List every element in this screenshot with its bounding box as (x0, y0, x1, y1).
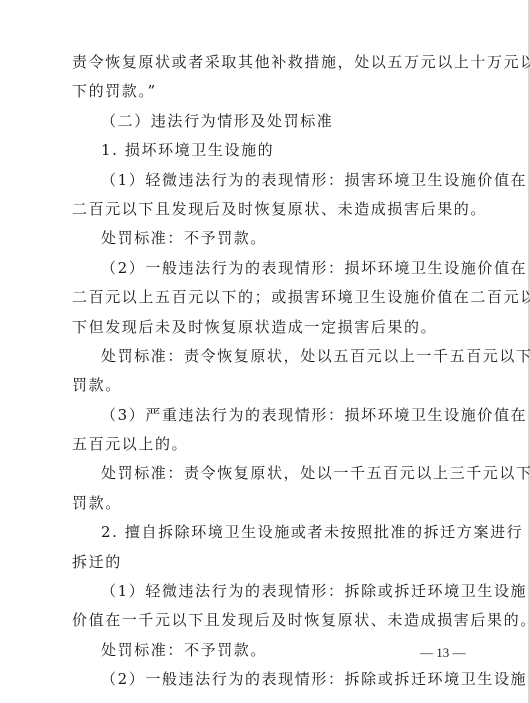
text-line: 拆迁的 (72, 548, 464, 577)
text-line: （2）一般违法行为的表现情形：损坏环境卫生设施价值在 (72, 254, 464, 283)
document-page: 责令恢复原状或者采取其他补救措施，处以五万元以上十万元以 下的罚款。” （二）违… (0, 0, 530, 703)
document-body: 责令恢复原状或者采取其他补救措施，处以五万元以上十万元以 下的罚款。” （二）违… (72, 48, 464, 695)
penalty-standard: 处罚标准：责令恢复原状，处以五百元以上一千五百元以下 (72, 342, 464, 371)
penalty-standard: 处罚标准：不予罚款。 (72, 636, 464, 665)
section-heading: （二）违法行为情形及处罚标准 (72, 107, 464, 136)
penalty-standard: 处罚标准：不予罚款。 (72, 224, 464, 253)
text-line: 罚款。 (72, 489, 464, 518)
text-line: 五百元以上的。 (72, 430, 464, 459)
text-line: （1）轻微违法行为的表现情形：损害环境卫生设施价值在 (72, 166, 464, 195)
penalty-standard: 处罚标准：责令恢复原状，处以一千五百元以上三千元以下 (72, 459, 464, 488)
text-line: 罚款。 (72, 371, 464, 400)
text-line: （2）一般违法行为的表现情形：拆除或拆迁环境卫生设施 (72, 665, 464, 694)
text-line: 下的罚款。” (72, 77, 464, 106)
text-line: 价值在一千元以下且发现后及时恢复原状、未造成损害后果的。 (72, 606, 464, 635)
text-line: 责令恢复原状或者采取其他补救措施，处以五万元以上十万元以 (72, 48, 464, 77)
text-line: （1）轻微违法行为的表现情形：拆除或拆迁环境卫生设施 (72, 577, 464, 606)
subsection-heading: 1. 损坏环境卫生设施的 (72, 136, 464, 165)
text-line: （3）严重违法行为的表现情形：损坏环境卫生设施价值在 (72, 401, 464, 430)
subsection-heading: 2. 擅自拆除环境卫生设施或者未按照批准的拆迁方案进行 (72, 518, 464, 547)
text-line: 二百元以下且发现后及时恢复原状、未造成损害后果的。 (72, 195, 464, 224)
page-number: — 13 — (420, 645, 466, 661)
text-line: 下但发现后未及时恢复原状造成一定损害后果的。 (72, 313, 464, 342)
text-line: 二百元以上五百元以下的；或损害环境卫生设施价值在二百元以 (72, 283, 464, 312)
